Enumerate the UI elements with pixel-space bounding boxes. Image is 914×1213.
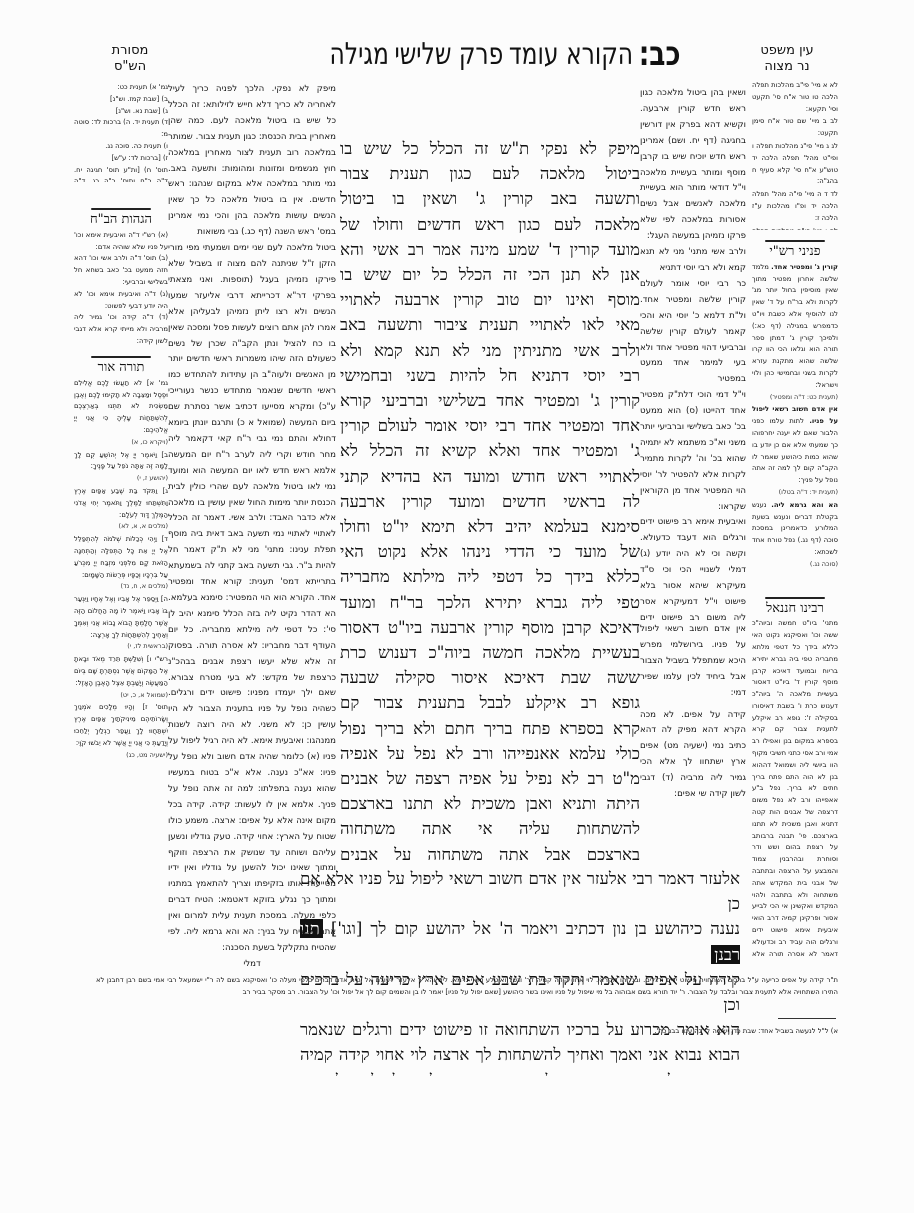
- gemara-line: של מועד כי הדדי נינהו אלא נקוט האי: [340, 539, 640, 564]
- label-line: הש"ס: [95, 59, 165, 75]
- gemara-line: קרא בספרא פתח בריך חתם ולא בריך נפול: [340, 716, 640, 741]
- hagahot-entry: (ג) ד"ה ואיבעית אימא וכו' לא היה יודע דב…: [74, 289, 168, 313]
- ornament-divider: [91, 208, 151, 210]
- hagahot-entry: (ב) תוס' ד"ה ולרב אשי וכו' דהא חזה ממעט …: [74, 253, 168, 288]
- footnote-rule: [778, 1018, 836, 1019]
- gemara-line: היתה ותניא ואבן משכית לא תתנו בארצכם: [340, 791, 640, 816]
- torah-or-entry: ד] וַיְהִי כְּכַלּוֹת שְׁלֹמֹה לְהִתְפַּ…: [74, 534, 168, 593]
- torah-or-title: תורה אור: [74, 362, 168, 374]
- tosafot-paragraph: מיפק לא נפקי. הלכך לפניה כריך לעיל לאחרי…: [168, 82, 336, 241]
- footnote: א) ל"ל לנעשה בשביל אחד: שבת כד: ישעיה ל'…: [560, 1026, 838, 1040]
- verse-text: גמ' א] לא תַעֲשׂוּ לָכֶם אֱלִילִם וּפֶסֶ…: [74, 378, 168, 437]
- masoret-label: מסורת הש"ס: [95, 43, 165, 75]
- torah-or-entry: גמ' א] לא תַעֲשׂוּ לָכֶם אֱלִילִם וּפֶסֶ…: [74, 378, 168, 449]
- tractate-name: מגילה: [330, 37, 389, 72]
- verse-text: ד] וַיְהִי כְּכַלּוֹת שְׁלֹמֹה לְהִתְפַּ…: [74, 534, 168, 581]
- gemara-line: אלעזר דאמר רבי אלעזר אין אדם חשוב רשאי ל…: [300, 866, 740, 916]
- ein-mishpat-entry: לא א מיי' פי"ב מהלכות תפלה הלכה טו טור א…: [752, 80, 838, 115]
- chapter-name: הקורא עומד: [509, 37, 633, 72]
- gemara-line: קורין ג' ומפטיר אחד בשלישי וברביעי קורא: [340, 388, 640, 413]
- daf-number: כב:: [639, 34, 681, 74]
- hagahot-entry: (ד) ד"ה קידה וכו' גמיר ליה מרביה ולא מיי…: [74, 312, 168, 345]
- label-line: מסורת: [95, 43, 165, 59]
- gemara-line: טפי ליה גברא יתירא הלכך בר"ח ומועד: [340, 590, 640, 615]
- masoret-entry: ג) [שבת נא. וש"נ]: [74, 106, 168, 118]
- masoret-entry: תוס' ח) [ות"ע תוס' חגיגה יח. ד"ה ר"ח ותו…: [74, 165, 168, 182]
- rashi-paragraph: קידה על אפים. לא מכה הקרא דהא מפיק לה דה…: [640, 708, 746, 803]
- gemara-line: בארצכם אבל אתה משתחוה על אבנים: [340, 842, 640, 863]
- rashi-column-lower: אין אדם חשוב רשאי ליפול על פניו. בירושלמ…: [640, 622, 746, 812]
- gemara-line: ולרב אשי מתניתין מני לא תנא קמא ולא: [340, 338, 640, 363]
- ein-mishpat-entry: לד ד ה מיי' פי"ה מהל' תפלה הלכה יד ופ"ו …: [752, 189, 838, 224]
- rashi-paragraph: וי"ל דמי הוכי דלת"ק מפטיר אחד דהייטו (ס)…: [640, 388, 746, 515]
- label-line: עין משפט: [752, 43, 822, 59]
- gemara-line: לאתויי ראש חודש ומועד הא בהדיא קתני: [340, 464, 640, 489]
- tosafot-paragraph: ביטול מלאכה לעם שני ימים ושמעתי מפי מורי…: [168, 241, 336, 957]
- gemara-line: דרבי ואיטלע והא קא גרמא ליה והאמר רבי אל…: [300, 1068, 740, 1076]
- entry-heading: קורין ג' ומפטיר אחד.: [771, 263, 838, 271]
- entry-ref: (סוכה נג.): [752, 559, 838, 571]
- gemara-line: להשתחות עליה אי אתה משתחוה: [340, 816, 640, 841]
- tosafot-catchword: דמלי: [168, 957, 336, 972]
- rashi-inner-entry: הא והא גרמא ליה. נענש בקטלת דברים ונענש …: [752, 500, 838, 571]
- entry-text: מלמד שלשה אחרון מפטיר מתוך שאין מוסיפין …: [752, 263, 838, 389]
- ein-mishpat-entry: לג ג מיי' פי"ג מהלכות תפלה ו ופי"ט מהל' …: [752, 141, 838, 188]
- gemara-line: סימנא בעלמא יהיב דלא תימא יו"ט וחולו: [340, 514, 640, 539]
- gemara-column: מיפק לא נפקי ת"ש זה הכלל כל שיש בו ביטול…: [340, 136, 640, 863]
- verse-ref: (ויקרא כו, א): [74, 437, 168, 449]
- rashi-column: ושאין בהן ביטול מלאכה כגון ראש חדש קורין…: [640, 82, 746, 622]
- gemara-line: ג' ומפטיר אחד ואלא קשיא זה הכלל לא: [340, 438, 640, 463]
- verse-ref: (שמואל א, כ, יט): [74, 690, 168, 702]
- rabbeinu-chananel-text: מתני' ביו"ט חמשה וביוה"כ ששה וכו' ואסיקנ…: [752, 618, 838, 962]
- gemara-line: מלאכה לעם כגון ראש חדשים וחולו של: [340, 212, 640, 237]
- gemara-line: אחד ומפטיר אחד רבי יוסי אומר לעולם קורין: [340, 413, 640, 438]
- ornament-divider: [765, 597, 825, 599]
- ein-mishpat-entry: לה ו מיי' פי"ה מהלכות תפלה הל' יד טוש"ע …: [752, 226, 838, 230]
- ein-mishpat-column: לא א מיי' פי"ב מהלכות תפלה הלכה טו טור א…: [752, 80, 838, 230]
- verse-text: ג] וַתִּקֹּד בַּת שֶׁבַע אַפַּיִם אֶרֶץ …: [74, 486, 168, 521]
- talmud-page: עין משפט נר מצוה כב: הקורא עומד פרק שליש…: [0, 0, 914, 1213]
- verse-ref: (מלכים א, ח, נד): [74, 581, 168, 593]
- gemara-line: לה בראשי חדשים ומועד קורין ארבעה: [340, 489, 640, 514]
- masoret-entry: ו) תענית כה. סוכה נג.: [74, 141, 168, 153]
- gemara-line: הבוא נבוא אני ואמך ואחיך להשתחות לך ארצה…: [300, 1042, 740, 1067]
- torah-or-entry: תוס' ז] וְהָיוּ מְלָכִים אֹמְנַיִךְ וְשָ…: [74, 702, 168, 761]
- rashi-inner-entry: קורין ג' ומפטיר אחד. מלמד שלשה אחרון מפט…: [752, 262, 838, 404]
- gemara-line: מועד קורין ד' שמע מינה אמר רב אשי והא: [340, 237, 640, 262]
- verse-ref: (יהושע ז, י): [74, 473, 168, 485]
- torah-or-entry: ה] וַיְסַפֵּר אֶל אָבִיו וְאֶל אֶחָיו וַ…: [74, 594, 168, 653]
- gemara-line: רבי יוסי דתניא חל להיות בשני ובחמישי: [340, 363, 640, 388]
- verse-text: ב] וַיֹּאמֶר יְיָ אֶל יְהוֹשֻׁעַ קֻם לָך…: [74, 450, 168, 474]
- gemara-line: בעשיית מלאכה חמשה ביוה"כ דענוש כרת: [340, 640, 640, 665]
- rashi-intro: ושאין בהן ביטול מלאכה כגון ראש חדש קורין…: [640, 82, 746, 245]
- rashi-paragraph: כר רבי יוסי אומר לעולם קורין שלשה ומפטיר…: [640, 277, 746, 388]
- gemara-line: ששה שבת דאיכא איסור סקילה שבעה: [340, 665, 640, 690]
- masoret-entry: ד) תענית יד. ה) ברכות לד: סוטה מ:: [74, 117, 168, 141]
- torah-or-entry: רש"י ו] וְשִׁלַּשְׁתָּ תֵּרֵד מְאֹד וּבָ…: [74, 654, 168, 701]
- rashi-inner-entry: אין אדם חשוב רשאי ליפול על פניו. לתות על…: [752, 404, 838, 498]
- gemara-line: ותשעה באב קורין ג' ושאין בו ביטול: [340, 186, 640, 211]
- verse-text: ה] וַיְסַפֵּר אֶל אָבִיו וְאֶל אֶחָיו וַ…: [74, 594, 168, 641]
- gemara-line: אנן לא תנן הכי זה הכלל כל יום שיש בו: [340, 262, 640, 287]
- torah-or-entry: ג] וַתִּקֹּד בַּת שֶׁבַע אַפַּיִם אֶרֶץ …: [74, 486, 168, 533]
- hagahot-entry: (א) רש"י ד"ה ואיבעית אימא וכו' על פניו ש…: [74, 230, 168, 254]
- tosafot-column: מיפק לא נפקי. הלכך לפניה כריך לעיל לאחרי…: [168, 82, 336, 972]
- gemara-line: ביטול מלאכה לעם כגון תענית צבור: [340, 161, 640, 186]
- page-header: כב: הקורא עומד פרק שלישי מגילה: [330, 34, 681, 74]
- right-margin-column: פניני רש"י קורין ג' ומפטיר אחד. מלמד שלש…: [752, 232, 838, 962]
- entry-ref: (תענית כט: ד"ה ומפטיר): [752, 392, 838, 404]
- ornament-divider: [91, 356, 151, 358]
- entry-heading: הא והא גרמא ליה.: [771, 501, 838, 509]
- hagahot-habach-title: הגהות הב"ח: [74, 214, 168, 226]
- gemara-line: דאיכא קרבן מוסף קורין ארבעה ביו"ט דאסור: [340, 615, 640, 640]
- ein-mishpat-entry: לב ב מיי' שם טור א"ח סימן תקעט:: [752, 116, 838, 140]
- torah-or-entry: ב] וַיֹּאמֶר יְיָ אֶל יְהוֹשֻׁעַ קֻם לָך…: [74, 450, 168, 485]
- entry-text: נענש בקטלת דברים ונענש בשעת המלורע כדאמר…: [752, 501, 838, 556]
- verse-text: רש"י ו] וְשִׁלַּשְׁתָּ תֵּרֵד מְאֹד וּבָ…: [74, 654, 168, 689]
- pninei-rashi-title: פניני רש"י: [752, 246, 838, 258]
- masoret-entry: ז) [ברכות לד: ע"ש]: [74, 153, 168, 165]
- gemara-line: מ"ט רב לא נפיל על אפיה רצפה של אבנים: [340, 766, 640, 791]
- masoret-hashas-column: גמ' א) תענית כט: ב) [שבת קמז. וש"נ] ג) […: [74, 82, 168, 182]
- rashi-paragraph: אין אדם חשוב רשאי ליפול על פניו. בירושלמ…: [640, 622, 746, 702]
- masoret-entry: גמ' א) תענית כט:: [74, 82, 168, 94]
- gemara-line: גופא רב איקלע לבבל בתענית צבור קם: [340, 690, 640, 715]
- rashi-paragraph: ואיבעית אימא רב פישוט ידים ורגלים הוא דע…: [640, 515, 746, 622]
- gemara-text: נענה כיהושע בן נון דכתיב ויאמר ה' אל יהו…: [331, 919, 740, 938]
- label-line: נר מצוה: [752, 59, 822, 75]
- gemara-line: מאי לאו לאתויי תענית ציבור ותשעה באב: [340, 312, 640, 337]
- perek-label: פרק שלישי: [394, 37, 503, 72]
- gemara-line: כללא בידך כל דטפי ליה מילתא מחבריה: [340, 564, 640, 589]
- ein-mishpat-label: עין משפט נר מצוה: [752, 43, 822, 75]
- verse-text: תוס' ז] וְהָיוּ מְלָכִים אֹמְנַיִךְ וְשָ…: [74, 702, 168, 749]
- gemara-line: מיפק לא נפקי ת"ש זה הכלל כל שיש בו: [340, 136, 640, 161]
- rashi-text: ושאין בהן ביטול מלאכה כגון ראש חדש קורין…: [640, 88, 746, 241]
- rabbeinu-chananel-tail: ת"ר קידה על אפים כריעה ע"ל ברכים השתחויה…: [96, 975, 838, 1003]
- verse-ref: (מלכים א, א, לא): [74, 521, 168, 533]
- gemara-line: מוסף ואינו יום טוב קורין ארבעה לאתויי: [340, 287, 640, 312]
- rashi-paragraph: ולרב אשי מתני' מני לא תנא קמא ולא רבי יו…: [640, 245, 746, 277]
- masoret-entry: ב) [שבת קמז. וש"נ]: [74, 94, 168, 106]
- gemara-wide-block: אלעזר דאמר רבי אלעזר אין אדם חשוב רשאי ל…: [300, 866, 740, 1076]
- hagahot-habach-column: הגהות הב"ח (א) רש"י ד"ה ואיבעית אימא וכו…: [74, 200, 168, 345]
- entry-ref: (תענית יד: ד"ה בטלו): [752, 487, 838, 499]
- verse-ref: (בראשית לז, י): [74, 641, 168, 653]
- torah-or-column: תורה אור גמ' א] לא תַעֲשׂוּ לָכֶם אֱלִיל…: [74, 348, 168, 948]
- rabbeinu-chananel-title: רבינו חננאל: [752, 603, 838, 615]
- gemara-line: נענה כיהושע בן נון דכתיב ויאמר ה' אל יהו…: [300, 916, 740, 966]
- verse-ref: (ישעיה מט, כג): [74, 750, 168, 762]
- gemara-line: כולי עלמא אאנפייהו ורב לא נפל על אנפיה: [340, 741, 640, 766]
- rashi-top-wide: [480, 70, 640, 132]
- ornament-divider: [765, 240, 825, 242]
- entry-text: לתות עלמו כפני הלבור שאם לא יענה יחרפוהו…: [752, 417, 838, 484]
